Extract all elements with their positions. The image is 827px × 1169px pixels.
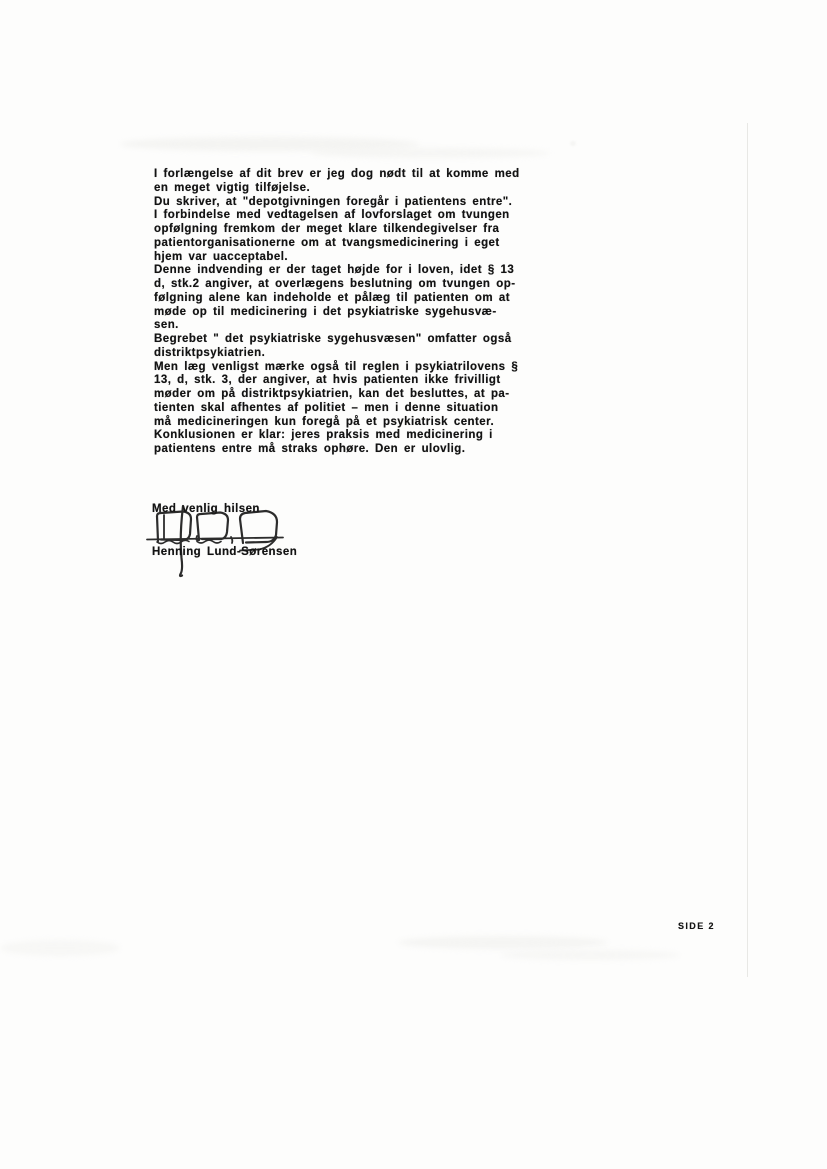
scan-smudge (500, 950, 680, 960)
scan-smudge (0, 940, 120, 956)
scan-smudge (398, 936, 608, 949)
signer-name: Henning Lund-Sørensen (152, 546, 297, 558)
letter-body-line: I forlængelse af dit brev er jeg dog nød… (154, 168, 584, 182)
scanned-letter-page: I forlængelse af dit brev er jeg dog nød… (0, 0, 827, 1169)
letter-body-line: 13, d, stk. 3, der angiver, at hvis pati… (154, 374, 584, 388)
letter-body-line: patientens entre må straks ophøre. Den e… (154, 443, 584, 457)
letter-body-line: følgning alene kan indeholde et pålæg ti… (154, 292, 584, 306)
letter-body-line: opfølgning fremkom der meget klare tilke… (154, 223, 584, 237)
letter-body-line: hjem var uacceptabel. (154, 251, 584, 265)
letter-body-line: distriktpsykiatrien. (154, 347, 584, 361)
scan-speck (570, 141, 576, 146)
letter-body-line: patientorganisationerne om at tvangsmedi… (154, 237, 584, 251)
page-number: SIDE 2 (678, 921, 715, 931)
letter-body-line: Begrebet " det psykiatriske sygehusvæsen… (154, 333, 584, 347)
letter-body-line: I forbindelse med vedtagelsen af lovfors… (154, 209, 584, 223)
signature-icon (140, 498, 300, 588)
letter-body-line: må medicineringen kun foregå på et psyki… (154, 416, 584, 430)
letter-body-line: en meget vigtig tilføjelse. (154, 182, 584, 196)
letter-body-line: sen. (154, 319, 584, 333)
letter-body-line: Denne indvending er der taget højde for … (154, 264, 584, 278)
scan-smudge (120, 137, 420, 151)
letter-body-line: Men læg venligst mærke også til reglen i… (154, 361, 584, 375)
scan-edge-line (747, 123, 748, 977)
letter-body-line: Du skriver, at "depotgivningen foregår i… (154, 196, 584, 210)
letter-body-line: d, stk.2 angiver, at overlægens beslutni… (154, 278, 584, 292)
letter-body-line: møde op til medicinering i det psykiatri… (154, 306, 584, 320)
letter-body-line: tienten skal afhentes af politiet – men … (154, 402, 584, 416)
letter-body: I forlængelse af dit brev er jeg dog nød… (154, 168, 584, 457)
scan-smudge (310, 148, 550, 158)
letter-body-line: Konklusionen er klar: jeres praksis med … (154, 429, 584, 443)
letter-body-line: møder om på distriktpsykiatrien, kan det… (154, 388, 584, 402)
